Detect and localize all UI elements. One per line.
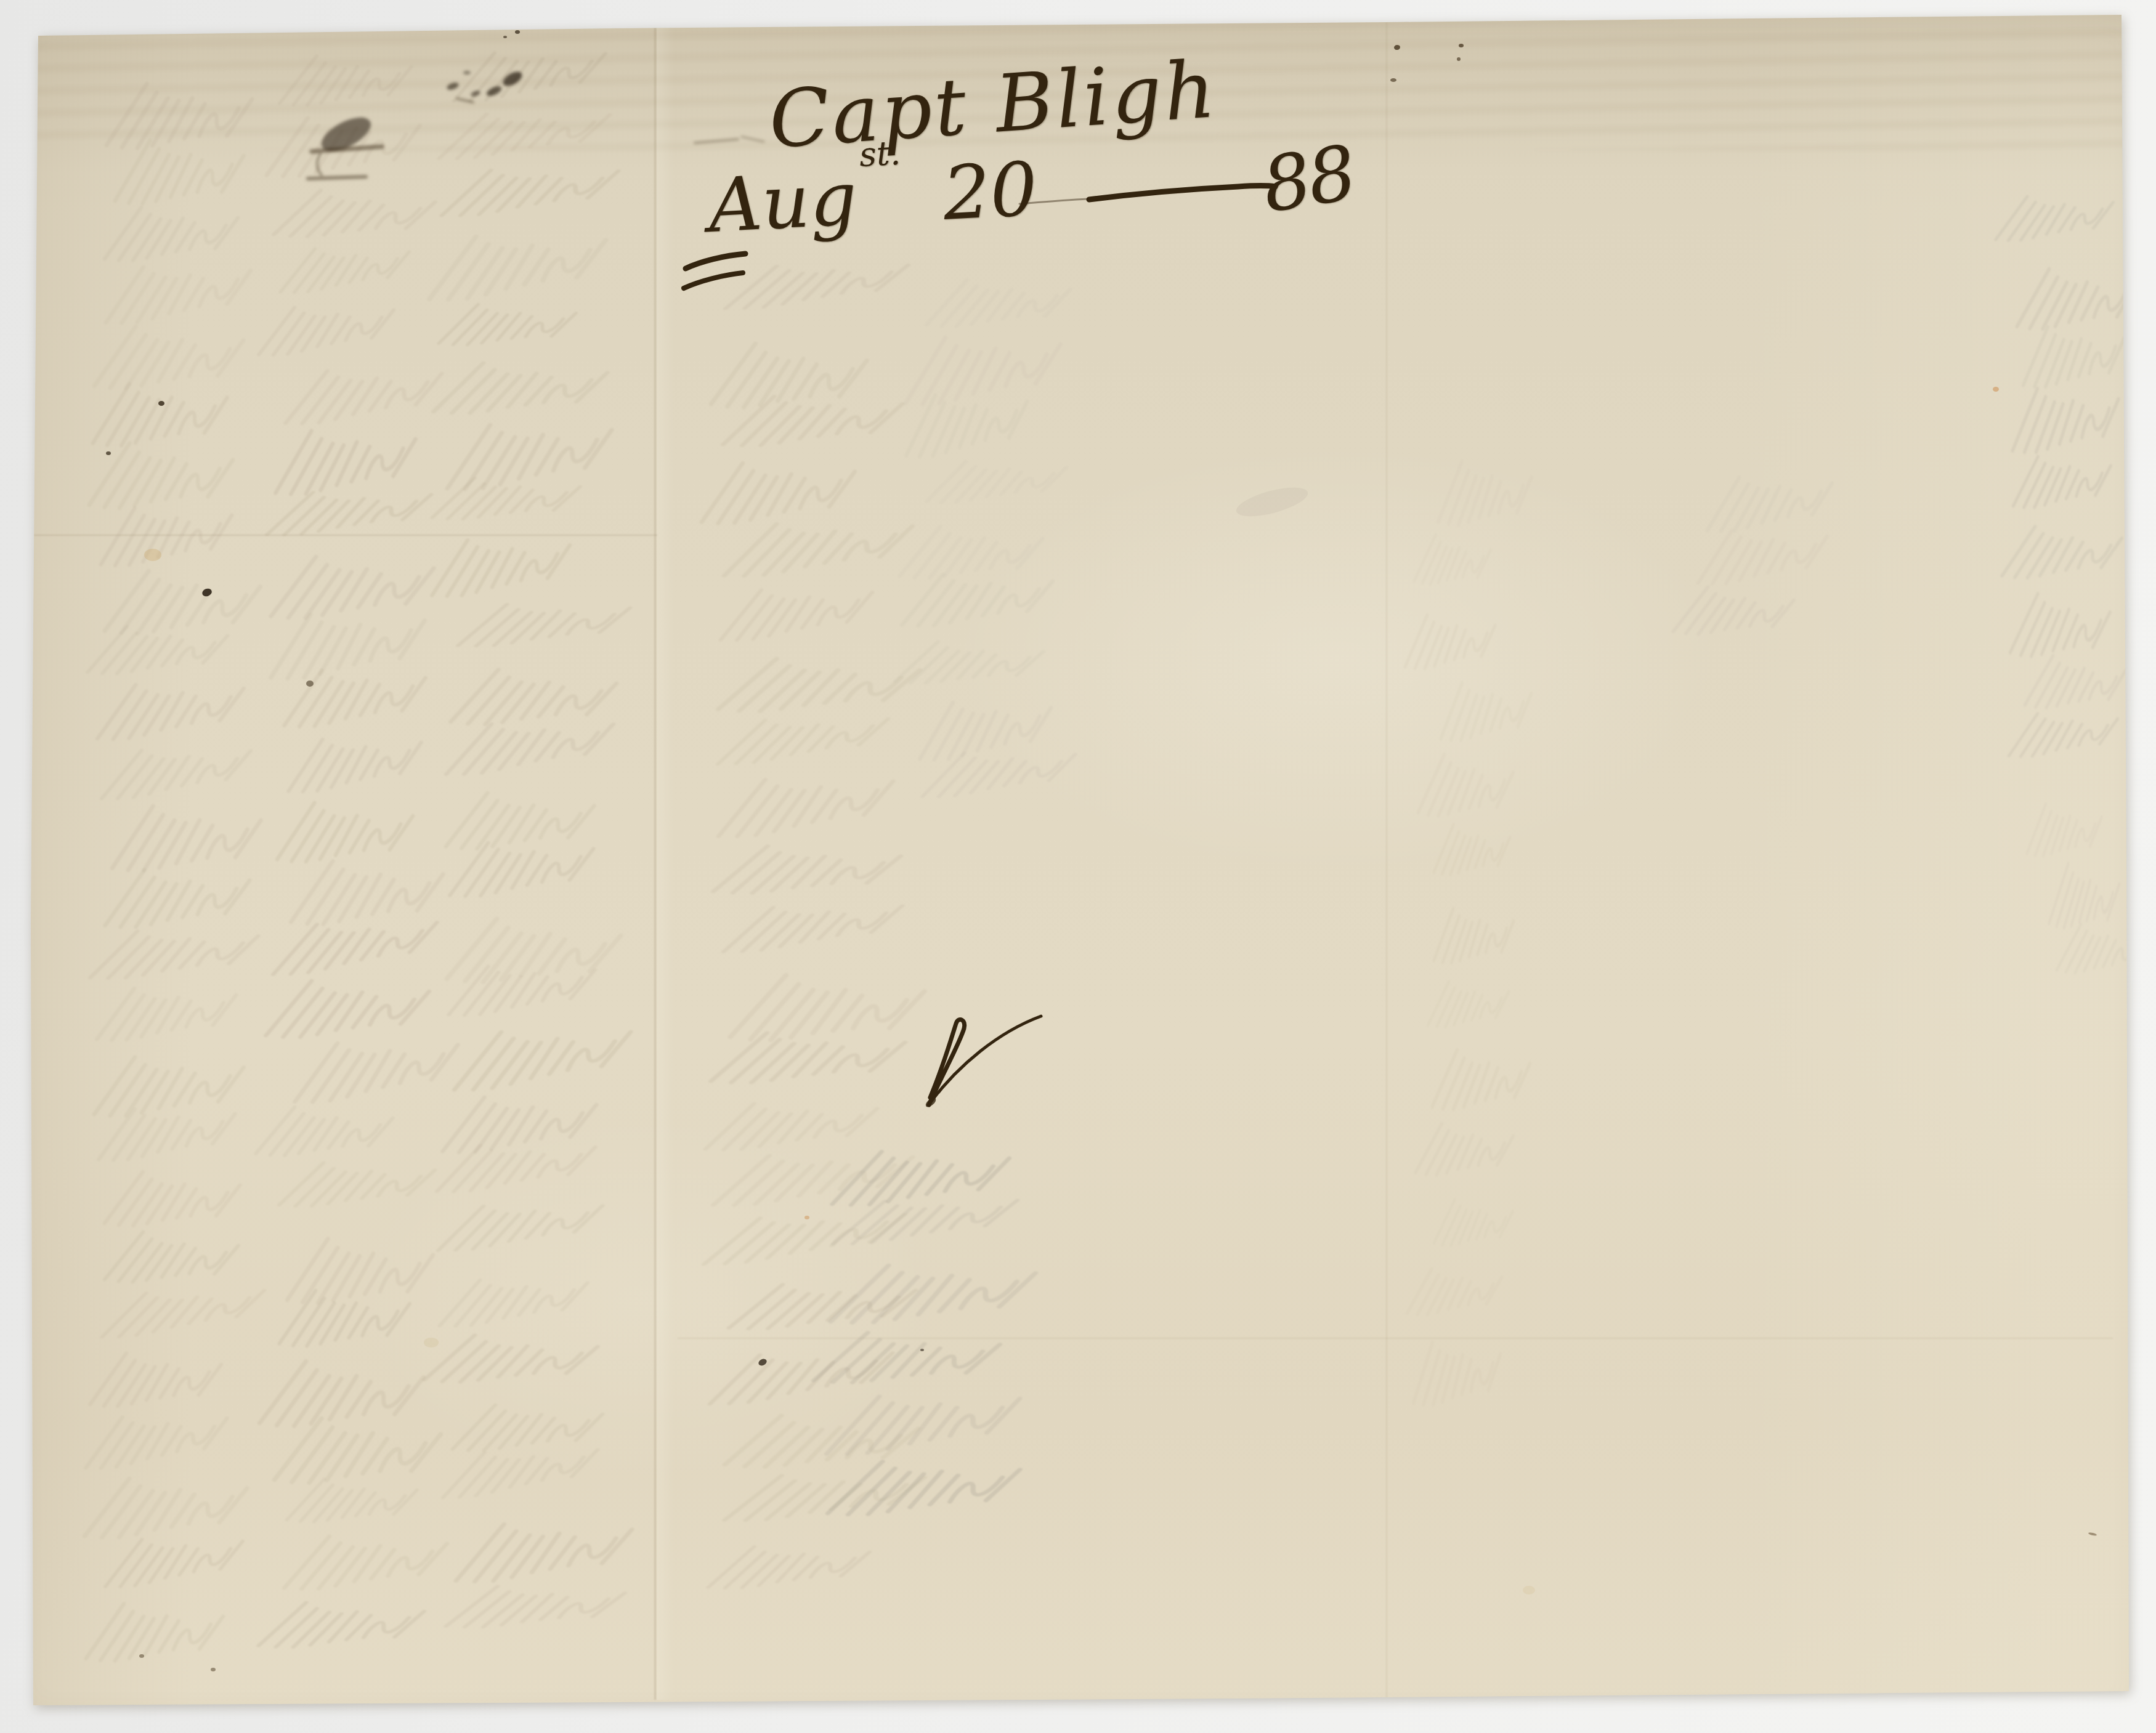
paper-edge-vignette [0, 0, 2156, 1733]
vertical-fold-crease [654, 23, 656, 1700]
letter-paper-verso: Capt Bligh Augst.20 88 [0, 0, 2156, 1733]
ink-spots [106, 30, 2097, 1671]
docket-year: 88 [1257, 129, 1360, 229]
letter-sheet: Capt Bligh Augst.20 88 [0, 0, 2156, 1733]
vertical-fold-highlight [657, 23, 674, 1700]
docket-month-suffix: st. [858, 134, 901, 174]
docket-date: Augst.20 [707, 147, 1040, 249]
docket-day: 20 [941, 147, 1040, 237]
docket-month: Aug [707, 156, 859, 249]
horizontal-crease [34, 535, 657, 536]
equals-mark [684, 254, 745, 288]
vertical-fold-crease-2 [1386, 22, 1387, 1699]
bleedthrough-writing [0, 0, 2156, 1733]
check-mark [924, 1016, 1041, 1109]
scan-backdrop: Capt Bligh Augst.20 88 [0, 0, 2156, 1733]
horizontal-crease-2 [678, 1338, 2113, 1339]
ink-marks-overlay [0, 0, 2156, 1733]
date-dash [1019, 186, 1275, 204]
